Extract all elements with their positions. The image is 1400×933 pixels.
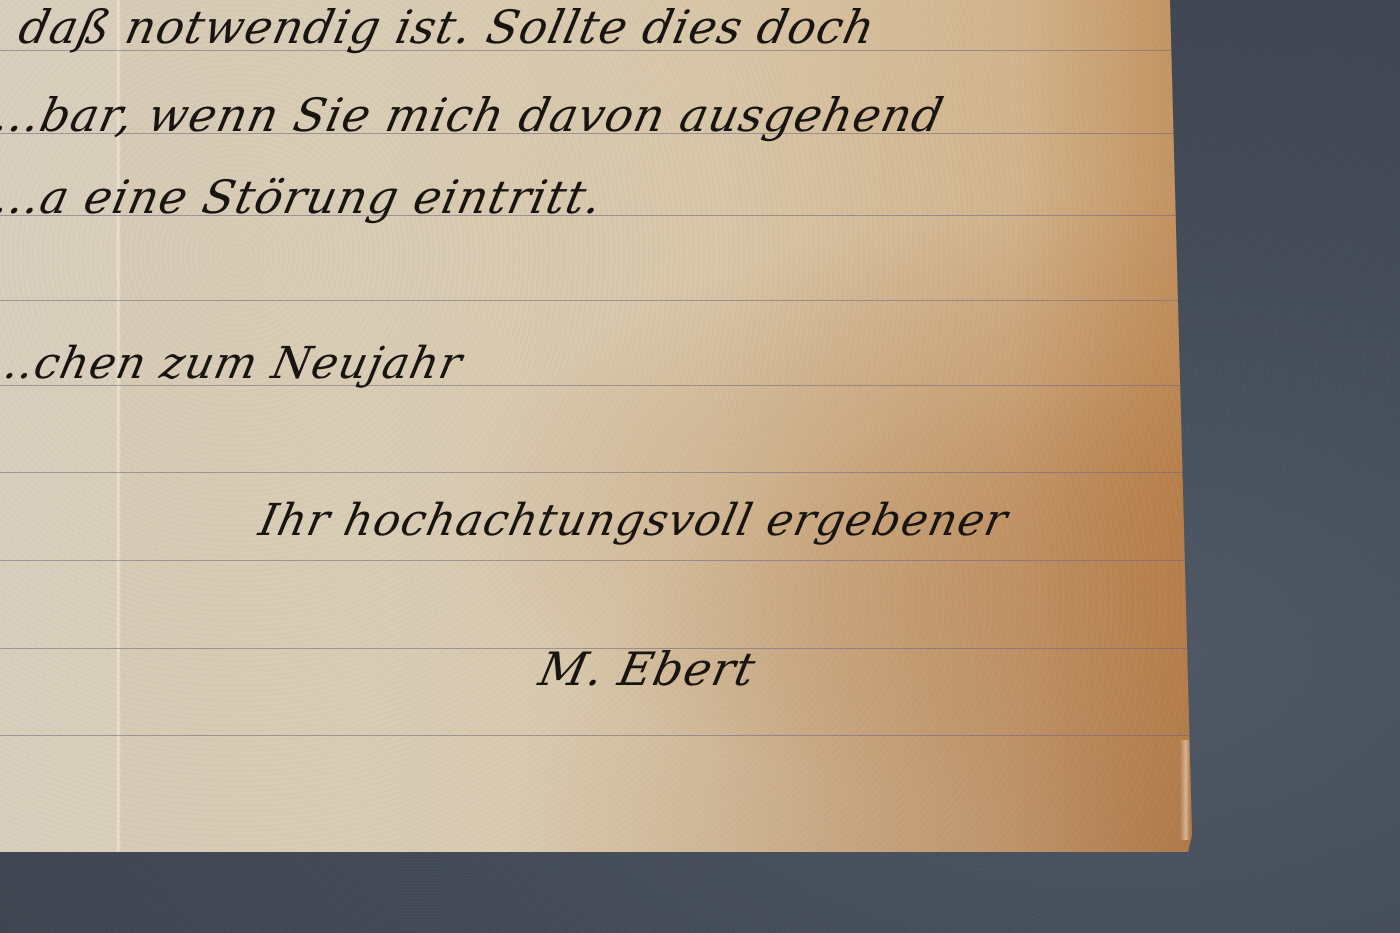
ruled-line: [0, 300, 1192, 301]
letter-line-1: daß notwendig ist. Sollte dies doch: [14, 0, 880, 54]
new-year-greeting: …chen zum Neujahr: [0, 338, 467, 389]
letter-line-2: …bar, wenn Sie mich davon ausgehend: [0, 88, 949, 142]
letter-page: daß notwendig ist. Sollte dies doch …bar…: [0, 0, 1192, 852]
ruled-line: [0, 472, 1192, 473]
ruled-line: [0, 735, 1192, 736]
paper-corner-wear: [1180, 740, 1190, 840]
closing-phrase: Ihr hochachtungsvoll ergebener: [255, 495, 1013, 546]
ruled-line: [0, 560, 1192, 561]
letter-line-3: …a eine Störung eintritt.: [0, 170, 608, 224]
signature: M. Ebert: [534, 642, 761, 696]
